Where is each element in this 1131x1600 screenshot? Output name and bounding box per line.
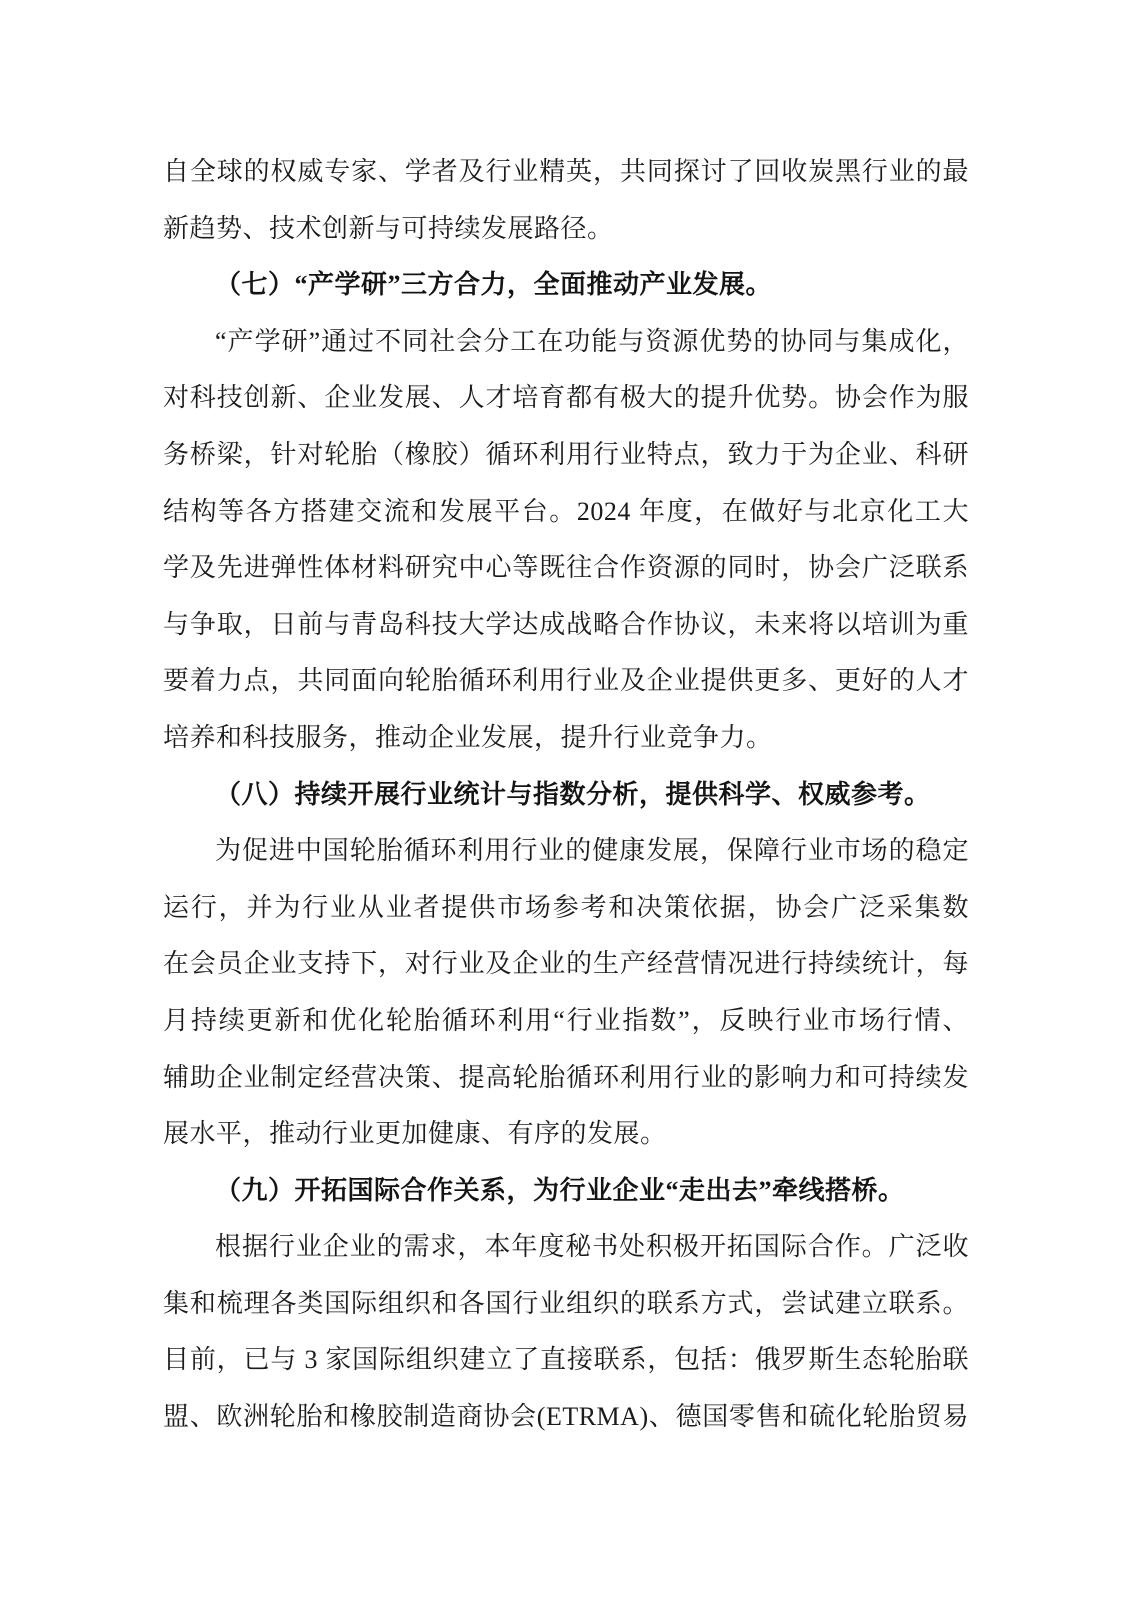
- section-heading-7: （七）“产学研”三方合力，全面推动产业发展。: [163, 257, 969, 314]
- section-heading-9: （九）开拓国际合作关系，为行业企业“走出去”牵线搭桥。: [163, 1163, 969, 1220]
- text-line: 运行，并为行业从业者提供市场参考和决策依据，协会广泛采集数据，: [163, 880, 969, 937]
- text-line: 对科技创新、企业发展、人才培育都有极大的提升优势。协会作为服: [163, 370, 969, 427]
- text-line: 展水平，推动行业更加健康、有序的发展。: [163, 1106, 969, 1163]
- text-line: 盟、欧洲轮胎和橡胶制造商协会(ETRMA)、德国零售和硫化轮胎贸易: [163, 1389, 969, 1446]
- text-line: 务桥梁，针对轮胎（橡胶）循环利用行业特点，致力于为企业、科研: [163, 427, 969, 484]
- text-line: 目前，已与 3 家国际组织建立了直接联系，包括：俄罗斯生态轮胎联: [163, 1332, 969, 1389]
- text-line: 辅助企业制定经营决策、提高轮胎循环利用行业的影响力和可持续发: [163, 1050, 969, 1107]
- text-line: 与争取，日前与青岛科技大学达成战略合作协议，未来将以培训为重: [163, 597, 969, 654]
- text-line: 月持续更新和优化轮胎循环利用“行业指数”，反映行业市场行情、: [163, 993, 969, 1050]
- text-line: 根据行业企业的需求，本年度秘书处积极开拓国际合作。广泛收: [163, 1219, 969, 1276]
- text-line: “产学研”通过不同社会分工在功能与资源优势的协同与集成化，: [163, 314, 969, 371]
- section-heading-8: （八）持续开展行业统计与指数分析，提供科学、权威参考。: [163, 767, 969, 824]
- text-line: 新趋势、技术创新与可持续发展路径。: [163, 201, 969, 258]
- text-line: 要着力点，共同面向轮胎循环利用行业及企业提供更多、更好的人才: [163, 653, 969, 710]
- text-line: 结构等各方搭建交流和发展平台。2024 年度，在做好与北京化工大: [163, 484, 969, 541]
- text-line: 培养和科技服务，推动企业发展，提升行业竞争力。: [163, 710, 969, 767]
- document-text-block: 自全球的权威专家、学者及行业精英，共同探讨了回收炭黑行业的最 新趋势、技术创新与…: [163, 144, 969, 1446]
- text-line: 自全球的权威专家、学者及行业精英，共同探讨了回收炭黑行业的最: [163, 144, 969, 201]
- text-line: 为促进中国轮胎循环利用行业的健康发展，保障行业市场的稳定: [163, 823, 969, 880]
- text-line: 集和梳理各类国际组织和各国行业组织的联系方式，尝试建立联系。: [163, 1276, 969, 1333]
- text-line: 学及先进弹性体材料研究中心等既往合作资源的同时，协会广泛联系: [163, 540, 969, 597]
- document-page: 自全球的权威专家、学者及行业精英，共同探讨了回收炭黑行业的最 新趋势、技术创新与…: [0, 0, 1131, 1600]
- text-line: 在会员企业支持下，对行业及企业的生产经营情况进行持续统计，每: [163, 936, 969, 993]
